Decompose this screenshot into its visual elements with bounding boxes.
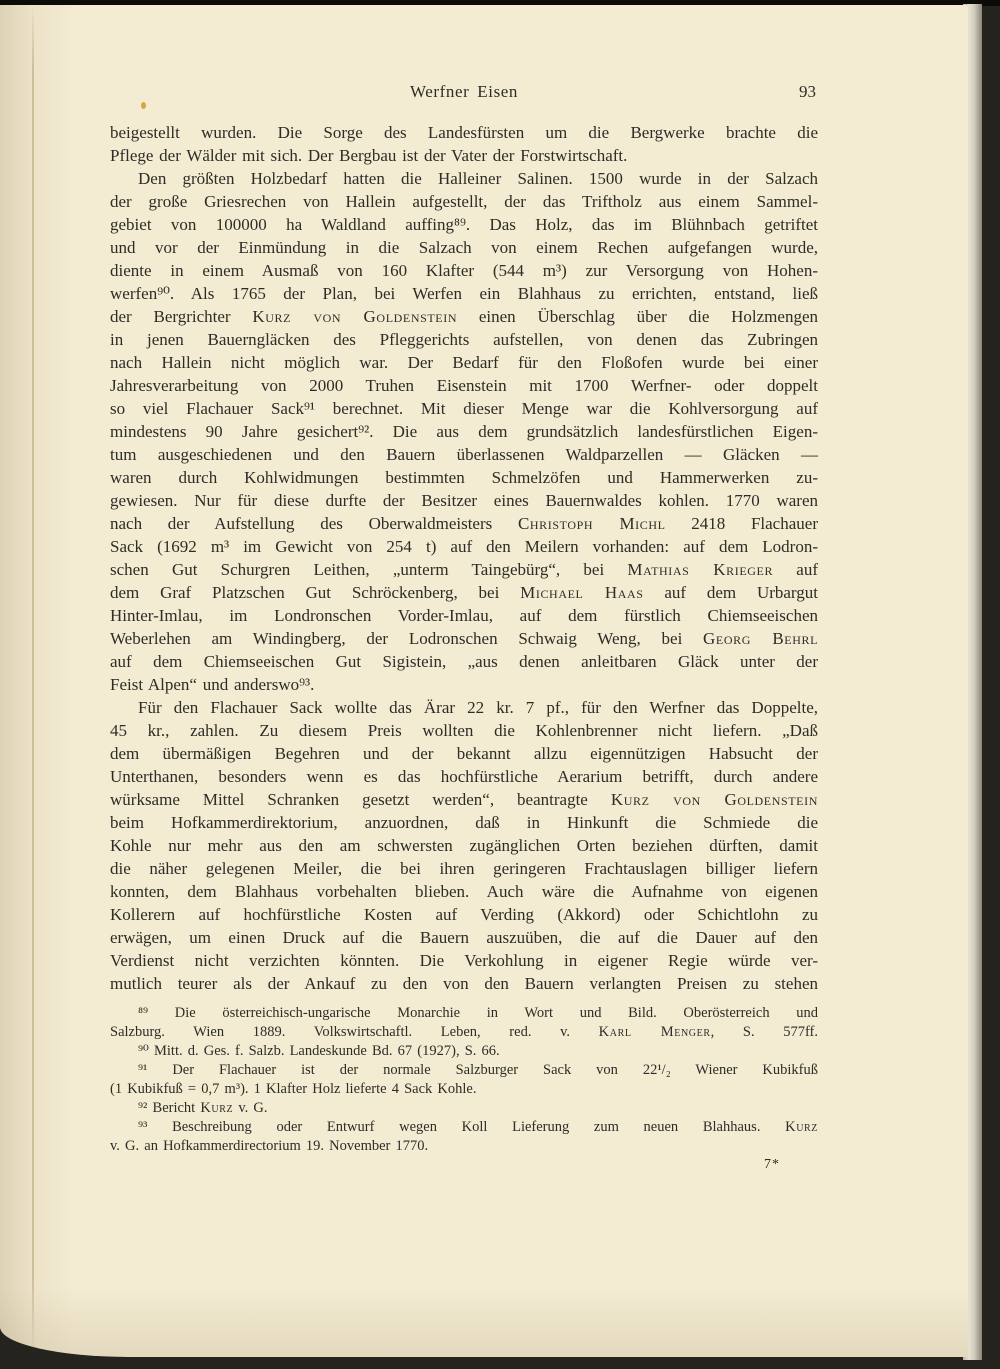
page-header: Werfner Eisen 93 [110,82,818,104]
text-line: so viel Flachauer Sack⁹¹ berechnet. Mit … [110,397,818,420]
text-line: auf dem Chiemseeischen Gut Sigistein, „a… [110,650,818,673]
text-line: Hinter-Imlau, im Londronschen Vorder-Iml… [110,604,818,627]
running-title: Werfner Eisen [110,82,818,102]
text-line: Feist Alpen“ und anderswo⁹³. [110,673,818,696]
text-line: Verdienst nicht verzichten könnten. Die … [110,949,818,972]
text-line: diente in einem Ausmaß von 160 Klafter (… [110,259,818,282]
text-line: der Bergrichter Kurz von Goldenstein ein… [110,305,818,328]
paragraph: Den größten Holzbedarf hatten die Hallei… [110,167,818,696]
text-line: mindestens 90 Jahre gesichert⁹². Die aus… [110,420,818,443]
text-line: schen Gut Schurgren Leithen, „unterm Tai… [110,558,818,581]
body-text: beigestellt wurden. Die Sorge des Landes… [110,121,818,995]
text-line: waren durch Kohlwidmungen bestimmten Sch… [110,466,818,489]
text-line: mutlich teurer als der Ankauf zu den von… [110,972,818,995]
small-caps-name: Mathias Krieger [627,560,773,579]
text-line: Sack (1692 m³ im Gewicht von 254 t) auf … [110,535,818,558]
small-caps-name: Kurz von Goldenstein [611,790,818,809]
text-line: in jenen Bauerngläcken des Pfleggerichts… [110,328,818,351]
text-line: 45 kr., zahlen. Zu diesem Preis wollten … [110,719,818,742]
text-line: Jahresverarbeitung von 2000 Truhen Eisen… [110,374,818,397]
text-line: Kollerern auf hochfürstliche Kosten auf … [110,903,818,926]
small-caps-name: Georg Behrl [703,629,818,648]
small-caps-name: Michael Haas [520,583,643,602]
text-line: ⁹¹ Der Flachauer ist der normale Salzbur… [110,1061,818,1080]
footnote: ⁹³ Beschreibung oder Entwurf wegen Koll … [110,1118,818,1156]
text-line: ⁹² Bericht Kurz v. G. [110,1099,818,1118]
footnote: ⁹⁰ Mitt. d. Ges. f. Salzb. Landeskunde B… [110,1042,818,1061]
small-caps-name: Karl Menger [599,1024,711,1040]
text-line: konnten, dem Blahhaus vorbehalten bliebe… [110,880,818,903]
text-line: Unterthanen, besonders wenn es das hochf… [110,765,818,788]
text-line: dem Graf Platzschen Gut Schröckenberg, b… [110,581,818,604]
text-line: würksame Mittel Schranken gesetzt werden… [110,788,818,811]
text-line: die näher gelegenen Meiler, die bei ihre… [110,857,818,880]
text-line: erwägen, um einen Druck auf die Bauern a… [110,926,818,949]
small-caps-name: Christoph Michl [518,514,666,533]
text-line: (1 Kubikfuß = 0,7 m³). 1 Klafter Holz li… [110,1080,818,1099]
text-line: beigestellt wurden. Die Sorge des Landes… [110,121,818,144]
text-line: gebiet von 100000 ha Waldland auffing⁸⁹.… [110,213,818,236]
footnote: ⁸⁹ Die österreichisch-ungarische Monarch… [110,1004,818,1042]
text-line: Weberlehen am Windingberg, der Lodronsch… [110,627,818,650]
text-line: Für den Flachauer Sack wollte das Ärar 2… [110,696,818,719]
text-line: dem übermäßigen Begehren und der bekannt… [110,742,818,765]
text-line: der große Griesrechen von Hallein aufges… [110,190,818,213]
text-line: nach der Aufstellung des Oberwaldmeister… [110,512,818,535]
text-line: beim Hofkammerdirektorium, anzuordnen, d… [110,811,818,834]
paragraph: Für den Flachauer Sack wollte das Ärar 2… [110,696,818,995]
text-line: Salzburg. Wien 1889. Volkswirtschaftl. L… [110,1023,818,1042]
text-line: ⁸⁹ Die österreichisch-ungarische Monarch… [110,1004,818,1023]
footnotes-block: ⁸⁹ Die österreichisch-ungarische Monarch… [110,1004,818,1156]
paragraph: beigestellt wurden. Die Sorge des Landes… [110,121,818,167]
scanned-book-page: Werfner Eisen 93 beigestellt wurden. Die… [0,0,1000,1369]
small-caps-name: Kurz [200,1100,233,1116]
text-line: Den größten Holzbedarf hatten die Hallei… [110,167,818,190]
text-line: nach Hallein nicht möglich war. Der Beda… [110,351,818,374]
paper-page: Werfner Eisen 93 beigestellt wurden. Die… [0,5,968,1357]
text-line: Pflege der Wälder mit sich. Der Bergbau … [110,144,818,167]
signature-mark: 7* [110,1157,818,1173]
text-line: und vor der Einmündung in die Salzach vo… [110,236,818,259]
footnote: ⁹² Bericht Kurz v. G. [110,1099,818,1118]
footnote: ⁹¹ Der Flachauer ist der normale Salzbur… [110,1061,818,1099]
text-line: gewiesen. Nur für diese durfte der Besit… [110,489,818,512]
small-caps-name: Kurz [785,1119,818,1135]
text-line: werfen⁹⁰. Als 1765 der Plan, bei Werfen … [110,282,818,305]
small-caps-name: Kurz von Goldenstein [252,307,457,326]
text-line: ⁹⁰ Mitt. d. Ges. f. Salzb. Landeskunde B… [110,1042,818,1061]
text-line: tum ausgeschiedenen und den Bauern überl… [110,443,818,466]
page-number: 93 [799,82,816,102]
gutter-fold-line [32,5,34,1357]
text-line: Kohle nur mehr aus den am schwersten zug… [110,834,818,857]
text-line: v. G. an Hofkammerdirectorium 19. Novemb… [110,1137,818,1156]
text-line: ⁹³ Beschreibung oder Entwurf wegen Koll … [110,1118,818,1137]
